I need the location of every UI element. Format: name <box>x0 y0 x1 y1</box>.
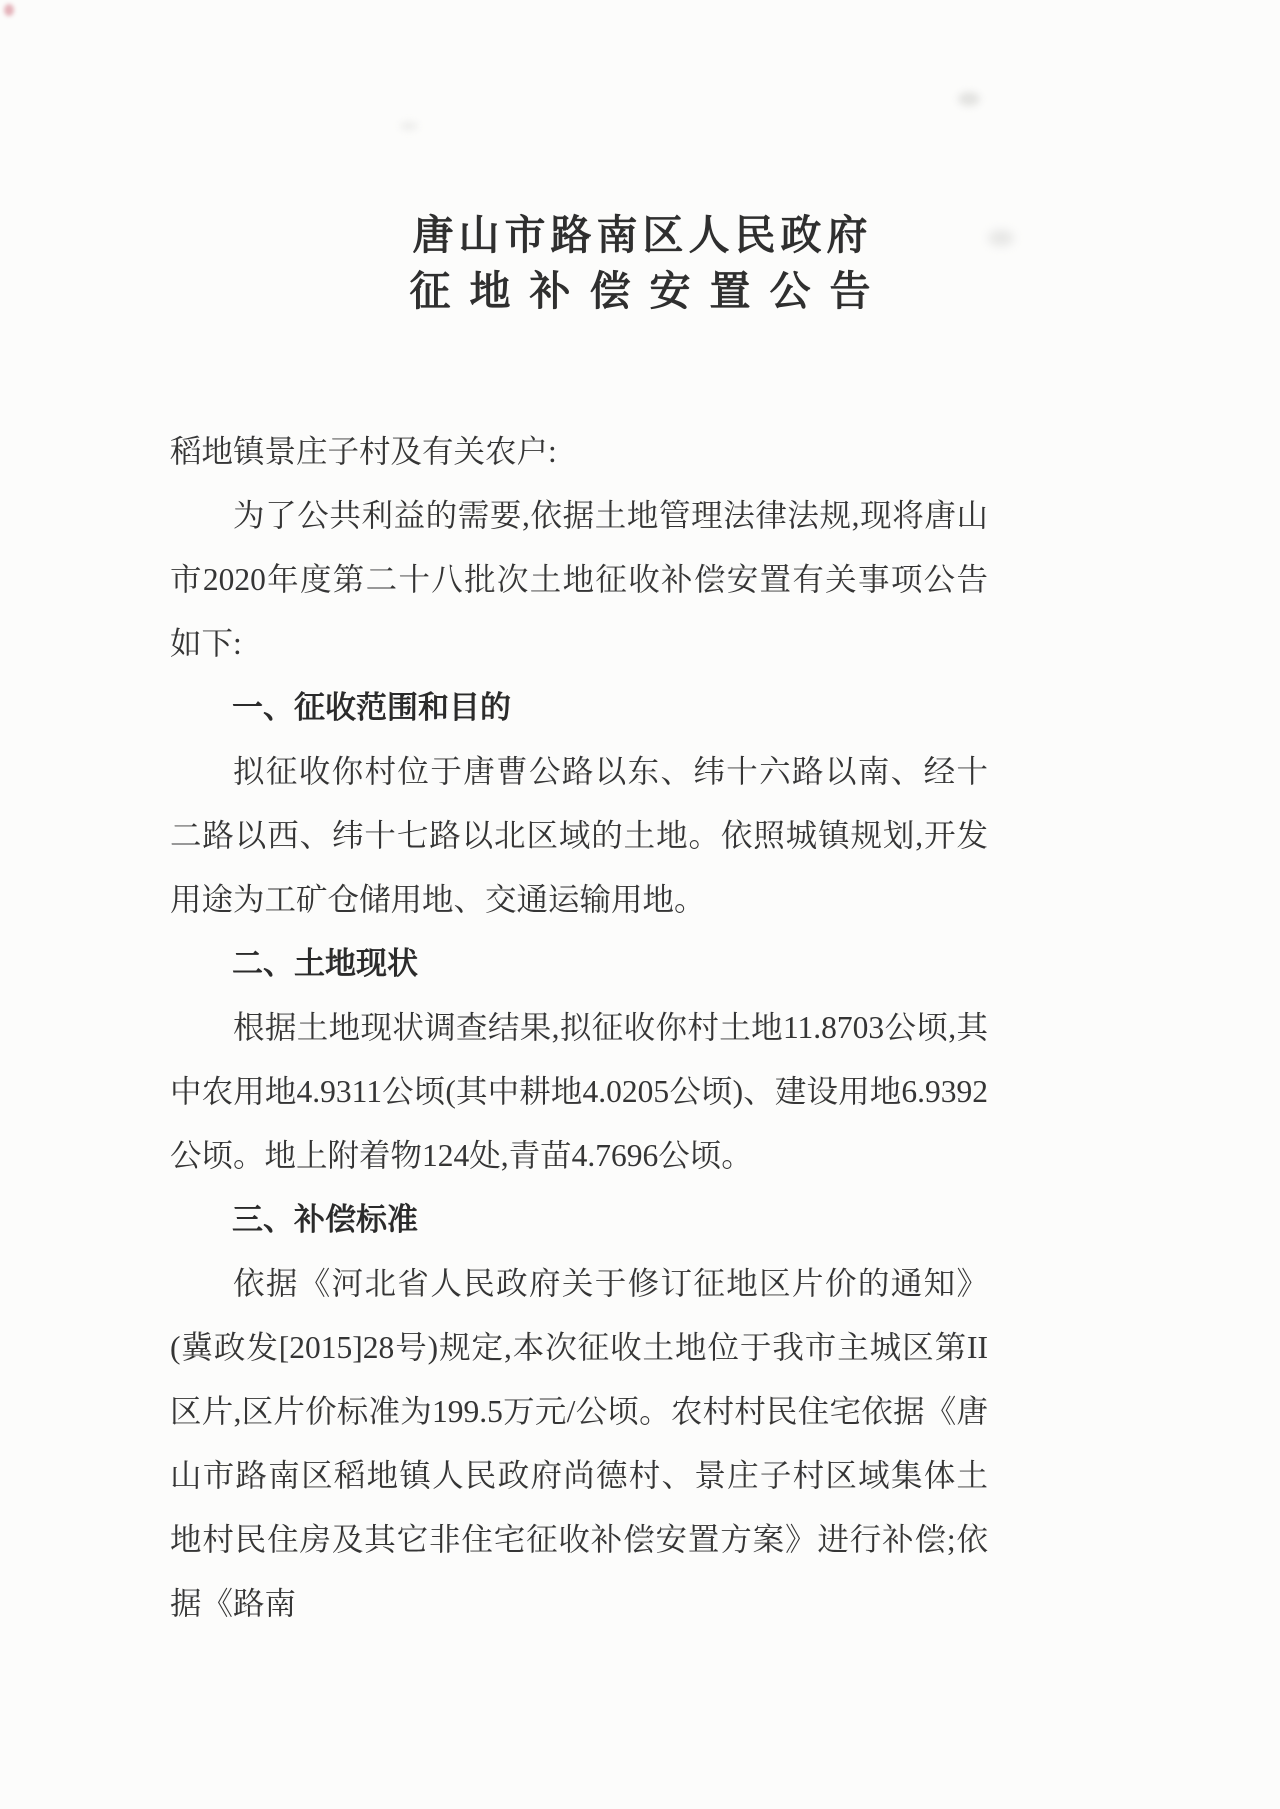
document-title-line2: 征地补偿安置公告 <box>0 264 1280 318</box>
scanned-document-page: 唐山市路南区人民政府 征地补偿安置公告 稻地镇景庄子村及有关农户: 为了公共利益… <box>0 0 1280 1809</box>
section-1-heading: 一、征收范围和目的 <box>170 676 988 740</box>
section-2-heading: 二、土地现状 <box>170 932 988 996</box>
salutation: 稻地镇景庄子村及有关农户: <box>170 420 988 484</box>
section-2-body: 根据土地现状调查结果,拟征收你村土地11.8703公顷,其中农用地4.9311公… <box>170 996 988 1188</box>
document-body: 稻地镇景庄子村及有关农户: 为了公共利益的需要,依据土地管理法律法规,现将唐山市… <box>170 420 988 1636</box>
intro-paragraph: 为了公共利益的需要,依据土地管理法律法规,现将唐山市2020年度第二十八批次土地… <box>170 484 988 676</box>
document-title: 唐山市路南区人民政府 征地补偿安置公告 <box>0 0 1280 318</box>
section-3-body: 依据《河北省人民政府关于修订征地区片价的通知》(冀政发[2015]28号)规定,… <box>170 1252 988 1636</box>
section-3-heading: 三、补偿标准 <box>170 1188 988 1252</box>
document-title-line1: 唐山市路南区人民政府 <box>0 208 1280 262</box>
section-1-body: 拟征收你村位于唐曹公路以东、纬十六路以南、经十二路以西、纬十七路以北区域的土地。… <box>170 740 988 932</box>
